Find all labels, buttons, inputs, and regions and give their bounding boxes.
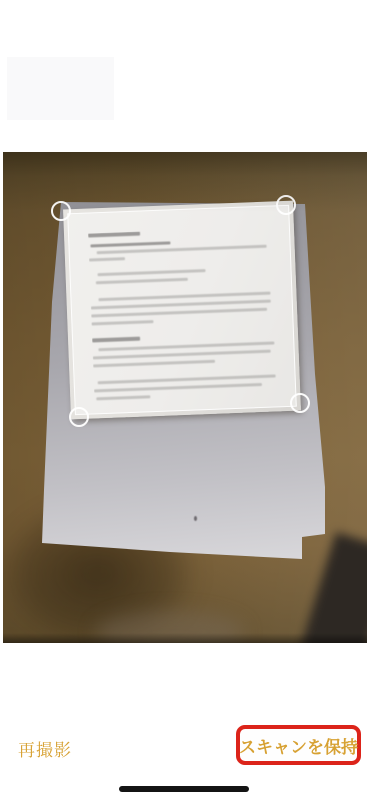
scanner-toolbar: 再撮影 スキャンを保持 (0, 643, 370, 800)
retake-button[interactable]: 再撮影 (18, 736, 72, 761)
scan-corner-handle (290, 393, 310, 413)
scan-corner-handle (69, 407, 89, 427)
photo-top-vignette (3, 152, 367, 212)
scan-detection-quad (67, 205, 297, 415)
keep-scan-button[interactable]: スキャンを保持 (236, 725, 361, 765)
paper-speck (194, 516, 197, 521)
photo-bottom-vignette (3, 633, 367, 643)
home-indicator[interactable] (119, 786, 249, 792)
camera-preview (3, 152, 367, 643)
keep-scan-label: スキャンを保持 (239, 733, 358, 758)
header-faint-artifact (7, 57, 114, 120)
